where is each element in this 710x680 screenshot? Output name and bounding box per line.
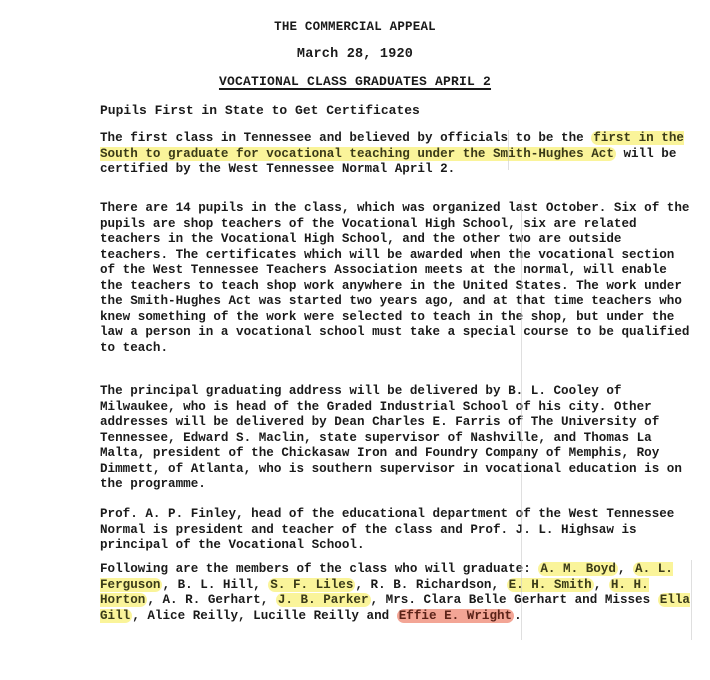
highlighted-name: S. F. Liles: [268, 578, 355, 592]
headline: VOCATIONAL CLASS GRADUATES APRIL 2: [0, 74, 710, 89]
paragraph-faculty: Prof. A. P. Finley, head of the educatio…: [100, 507, 690, 554]
intro-text: The first class in Tennessee and believe…: [100, 131, 591, 145]
scan-artifact: [691, 560, 692, 640]
paragraph-pupils: There are 14 pupils in the class, which …: [100, 201, 690, 356]
scan-artifact: [508, 130, 509, 170]
highlighted-name: E. H. Smith: [507, 578, 594, 592]
name-text: ,: [594, 578, 609, 592]
name-text: , Alice Reilly, Lucille Reilly and: [132, 609, 397, 623]
subheadline: Pupils First in State to Get Certificate…: [100, 103, 420, 118]
paragraph-intro: The first class in Tennessee and believe…: [100, 131, 690, 178]
paragraph-graduates: Following are the members of the class w…: [100, 562, 690, 624]
dateline: March 28, 1920: [0, 47, 710, 62]
headline-text: VOCATIONAL CLASS GRADUATES APRIL 2: [219, 74, 491, 89]
graduates-intro: Following are the members of the class w…: [100, 562, 538, 576]
name-text: ,: [618, 562, 633, 576]
highlighted-name: J. B. Parker: [276, 593, 371, 607]
name-text: , B. L. Hill,: [162, 578, 268, 592]
name-text: , Mrs. Clara Belle Gerhart and Misses: [371, 593, 658, 607]
paragraph-addresses: The principal graduating address will be…: [100, 384, 690, 493]
scan-artifact: [521, 200, 522, 640]
name-text: , R. B. Richardson,: [355, 578, 506, 592]
highlighted-name-red: Effie E. Wright: [397, 609, 514, 623]
name-text: , A. R. Gerhart,: [147, 593, 275, 607]
document-page: THE COMMERCIAL APPEAL March 28, 1920 VOC…: [0, 0, 710, 680]
masthead: THE COMMERCIAL APPEAL: [0, 20, 710, 34]
highlighted-name: A. M. Boyd: [538, 562, 618, 576]
